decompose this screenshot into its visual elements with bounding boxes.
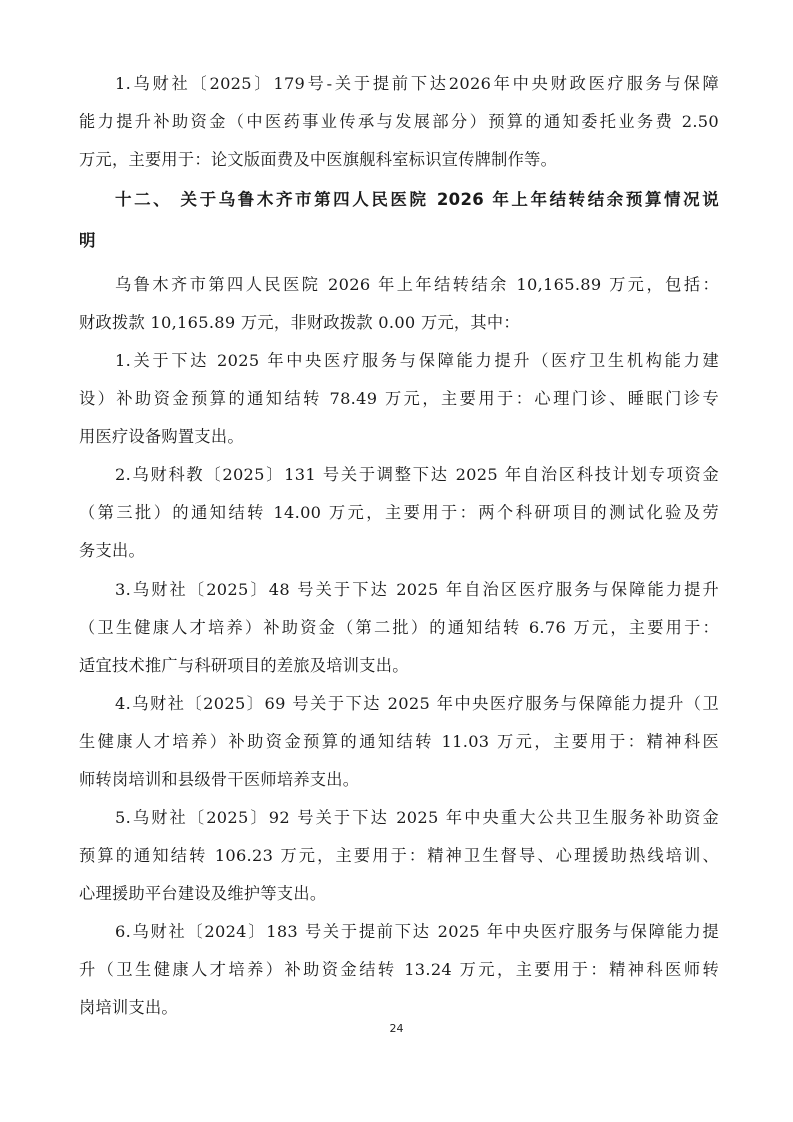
text-line: 师转岗培训和县级骨干医师培养支出。 <box>79 770 719 790</box>
text-line: 预算的通知结转 106.23 万元，主要用于：精神卫生督导、心理援助热线培训、 <box>79 846 719 866</box>
text-line: 5.乌财社〔2025〕92 号关于下达 2025 年中央重大公共卫生服务补助资金 <box>115 808 719 828</box>
text-line: 岗培训支出。 <box>79 998 719 1018</box>
text-line: （卫生健康人才培养）补助资金（第二批）的通知结转 6.76 万元，主要用于： <box>79 618 719 638</box>
text-line: 万元，主要用于：论文版面费及中医旗舰科室标识宣传牌制作等。 <box>79 150 719 170</box>
text-line: 生健康人才培养）补助资金预算的通知结转 11.03 万元，主要用于：精神科医 <box>79 732 719 752</box>
text-line: 升（卫生健康人才培养）补助资金结转 13.24 万元，主要用于：精神科医师转 <box>79 960 719 980</box>
text-line: （第三批）的通知结转 14.00 万元，主要用于：两个科研项目的测试化验及劳 <box>79 503 719 523</box>
text-line: 2.乌财科教〔2025〕131 号关于调整下达 2025 年自治区科技计划专项资… <box>115 465 719 485</box>
text-line: 务支出。 <box>79 541 719 561</box>
text-line: 乌鲁木齐市第四人民医院 2026 年上年结转结余 10,165.89 万元，包括… <box>115 275 719 295</box>
text-line: 能力提升补助资金（中医药事业传承与发展部分）预算的通知委托业务费 2.50 <box>79 112 719 132</box>
text-line: 6.乌财社〔2024〕183 号关于提前下达 2025 年中央医疗服务与保障能力… <box>115 922 719 942</box>
document-page: 1.乌财社〔2025〕179号-关于提前下达2026年中央财政医疗服务与保障 能… <box>0 0 793 1122</box>
text-line: 1.关于下达 2025 年中央医疗服务与保障能力提升（医疗卫生机构能力建 <box>115 351 719 371</box>
text-line: 设）补助资金预算的通知结转 78.49 万元，主要用于：心理门诊、睡眠门诊专 <box>79 389 719 409</box>
text-line: 用医疗设备购置支出。 <box>79 427 719 447</box>
text-line: 适宜技术推广与科研项目的差旅及培训支出。 <box>79 656 719 676</box>
text-line: 3.乌财社〔2025〕48 号关于下达 2025 年自治区医疗服务与保障能力提升 <box>115 580 719 600</box>
text-line: 4.乌财社〔2025〕69 号关于下达 2025 年中央医疗服务与保障能力提升（… <box>115 694 719 714</box>
heading-line: 明 <box>79 231 719 251</box>
text-line: 心理援助平台建设及维护等支出。 <box>79 884 719 904</box>
text-line: 1.乌财社〔2025〕179号-关于提前下达2026年中央财政医疗服务与保障 <box>115 74 719 94</box>
heading-line: 十二、 关于乌鲁木齐市第四人民医院 2026 年上年结转结余预算情况说 <box>115 190 719 210</box>
page-number: 24 <box>0 1022 793 1035</box>
text-line: 财政拨款 10,165.89 万元，非财政拨款 0.00 万元，其中： <box>79 313 719 333</box>
